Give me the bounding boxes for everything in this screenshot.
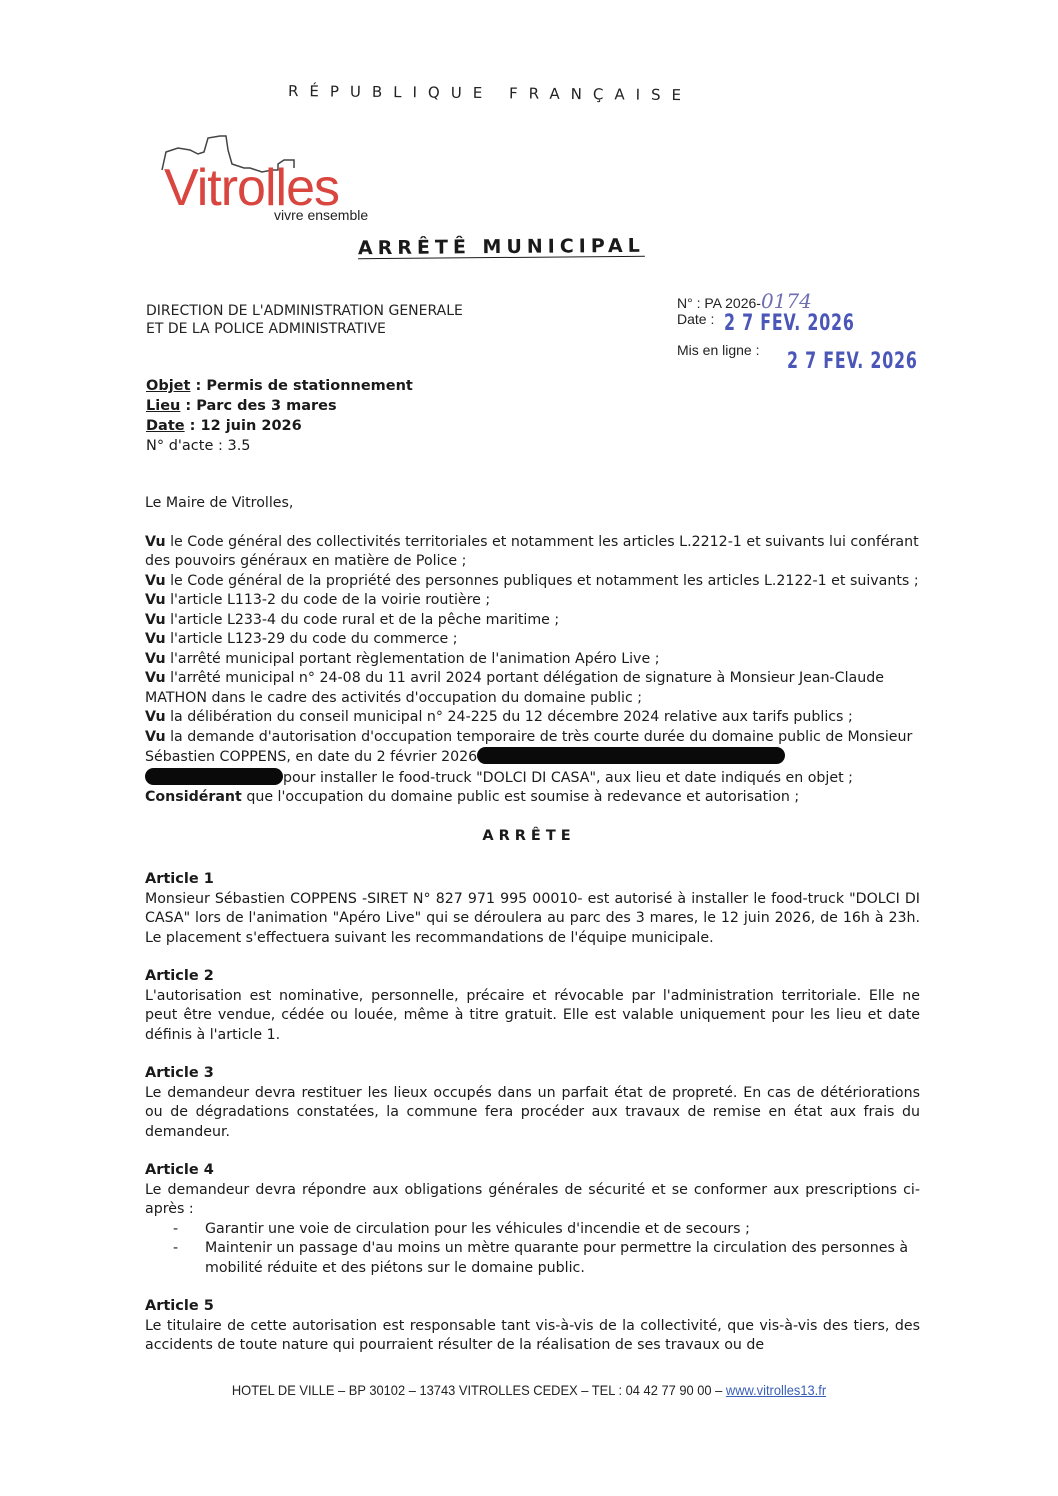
bullet-item: Garantir une voie de circulation pour le… (205, 1220, 920, 1240)
document-title: ARRÊTÊ MUNICIPAL (358, 235, 645, 260)
preamble: Le Maire de Vitrolles, Vu le Code généra… (145, 494, 920, 808)
article-1: Article 1Monsieur Sébastien COPPENS -SIR… (145, 870, 920, 948)
article-2: Article 2L'autorisation est nominative, … (145, 967, 920, 1045)
article-title: Article 4 (145, 1161, 920, 1181)
article-text: L'autorisation est nominative, personnel… (145, 987, 920, 1046)
website-link[interactable]: www.vitrolles13.fr (726, 1382, 826, 1398)
reference-date: Date : 2 7 FEV. 2026 (677, 310, 950, 333)
vu-item: Vu l'arrêté municipal portant règlementa… (145, 650, 920, 670)
online-stamp-wrapper: 2 7 FEV. 2026 (787, 353, 950, 372)
vu-item: Vu l'article L113-2 du code de la voirie… (145, 591, 920, 611)
objet-line: Objet : Permis de stationnement (146, 376, 413, 396)
article-text: Monsieur Sébastien COPPENS -SIRET N° 827… (145, 890, 920, 949)
article-4: Article 4Le demandeur devra répondre aux… (145, 1161, 920, 1278)
article-3: Article 3Le demandeur devra restituer le… (145, 1064, 920, 1142)
vu-item: Vu l'arrêté municipal n° 24-08 du 11 avr… (145, 669, 920, 708)
vu-item: Vu le Code général de la propriété des p… (145, 572, 920, 592)
article-text: Le titulaire de cette autorisation est r… (145, 1317, 920, 1356)
vu-list: Vu le Code général des collectivités ter… (145, 533, 920, 728)
vitrolles-logo: Vitrolles vivre ensemble (150, 132, 400, 232)
vu-item: Vu l'article L123-29 du code du commerce… (145, 630, 920, 650)
footer: HOTEL DE VILLE – BP 30102 – 13743 VITROL… (42, 1382, 1015, 1398)
republique-francaise-header: RÉPUBLIQUE FRANÇAISE (288, 82, 692, 104)
reference-number: N° : PA 2026-0174 (677, 292, 950, 312)
article-title: Article 3 (145, 1064, 920, 1084)
logo-tagline: vivre ensemble (274, 207, 368, 223)
redaction-bar (477, 747, 785, 764)
vu-demande: Vu la demande d'autorisation d'occupatio… (145, 728, 920, 789)
articles: Article 1Monsieur Sébastien COPPENS -SIR… (145, 870, 920, 1375)
redaction-bar (145, 768, 283, 785)
considerant: Considérant que l'occupation du domaine … (145, 788, 920, 808)
opening-line: Le Maire de Vitrolles, (145, 494, 920, 514)
bullet-item: Maintenir un passage d'au moins un mètre… (205, 1239, 920, 1278)
direction-block: DIRECTION DE L'ADMINISTRATION GENERALE E… (146, 302, 463, 338)
article-title: Article 1 (145, 870, 920, 890)
article-bullets: Garantir une voie de circulation pour le… (145, 1220, 920, 1279)
vu-item: Vu la délibération du conseil municipal … (145, 708, 920, 728)
article-title: Article 2 (145, 967, 920, 987)
vu-item: Vu le Code général des collectivités ter… (145, 533, 920, 572)
online-stamp: 2 7 FEV. 2026 (787, 353, 918, 371)
date-stamp: 2 7 FEV. 2026 (724, 315, 855, 333)
date-line: Date : 12 juin 2026 (146, 416, 413, 436)
reference-block: N° : PA 2026-0174 Date : 2 7 FEV. 2026 M… (677, 292, 950, 372)
article-text: Le demandeur devra répondre aux obligati… (145, 1181, 920, 1220)
article-title: Article 5 (145, 1297, 920, 1317)
direction-line-2: ET DE LA POLICE ADMINISTRATIVE (146, 320, 463, 338)
direction-line-1: DIRECTION DE L'ADMINISTRATION GENERALE (146, 302, 463, 320)
meta-block: Objet : Permis de stationnement Lieu : P… (146, 376, 413, 456)
acte-line: N° d'acte : 3.5 (146, 436, 413, 456)
footer-address: HOTEL DE VILLE – BP 30102 – 13743 VITROL… (232, 1382, 726, 1398)
vu-item: Vu l'article L233-4 du code rural et de … (145, 611, 920, 631)
article-5: Article 5Le titulaire de cette autorisat… (145, 1297, 920, 1356)
article-text: Le demandeur devra restituer les lieux o… (145, 1084, 920, 1143)
lieu-line: Lieu : Parc des 3 mares (146, 396, 413, 416)
arrete-heading: ARRÊTE (0, 828, 1058, 844)
